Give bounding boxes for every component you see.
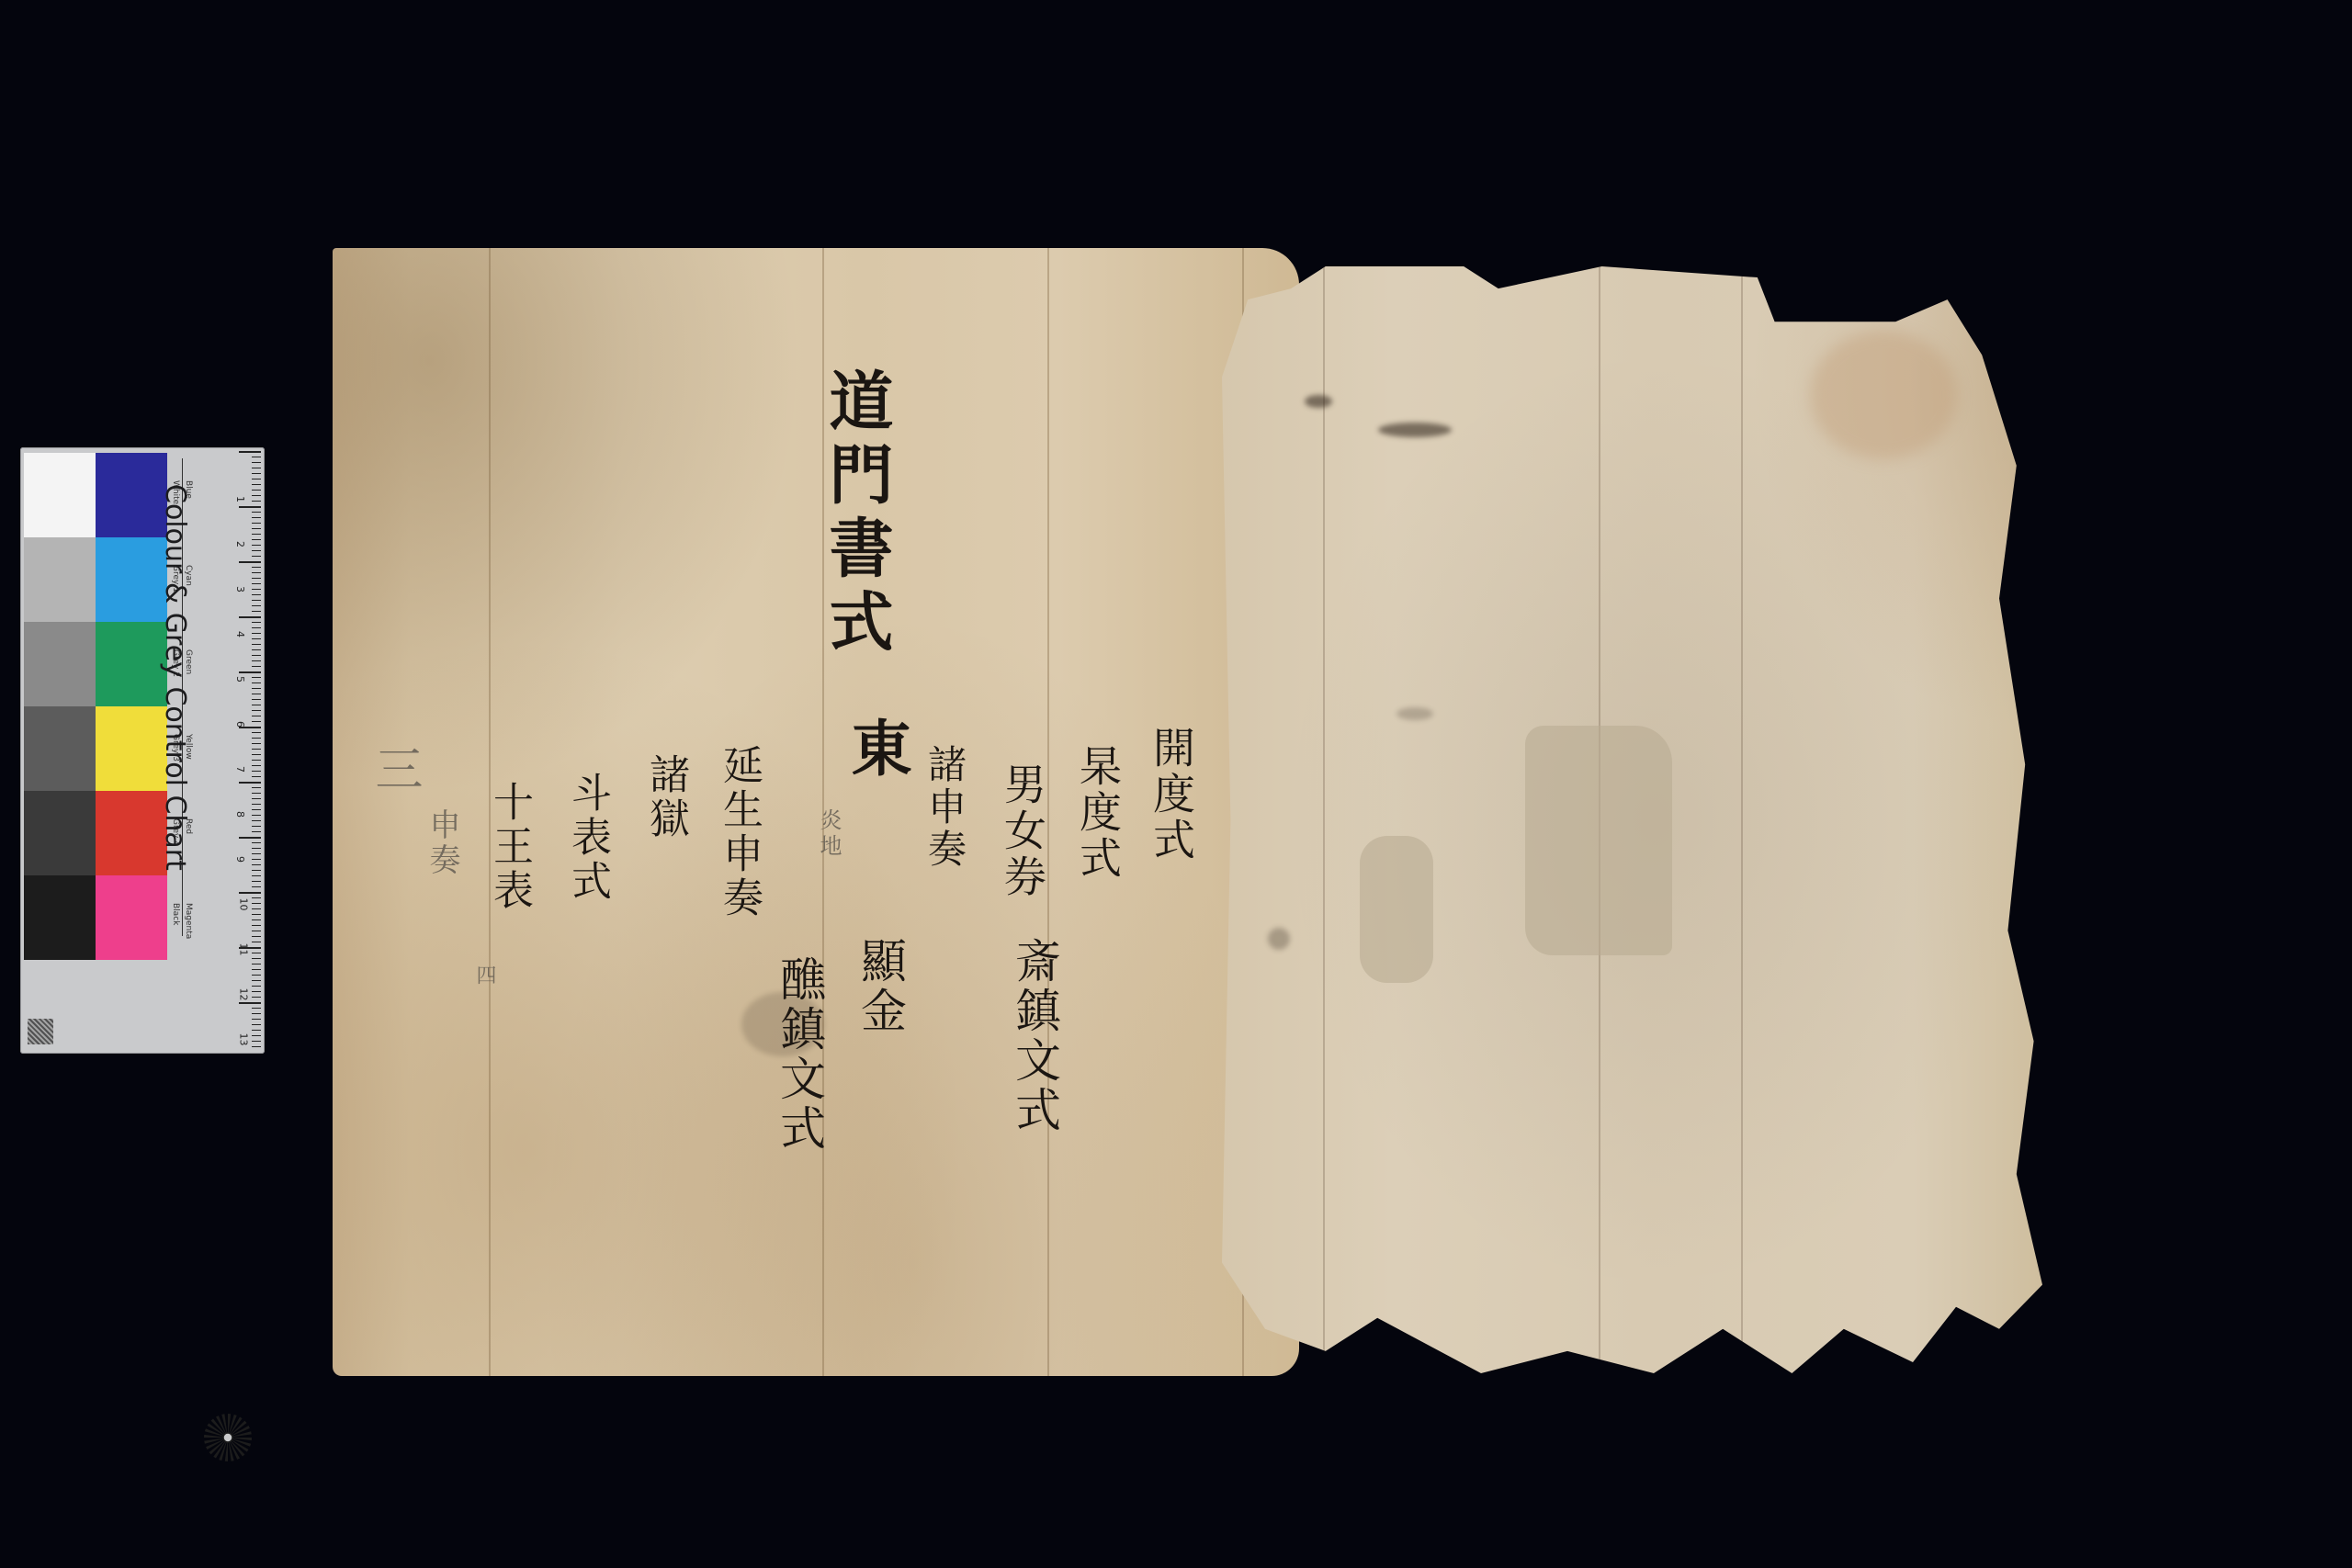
ruler-number: 5 — [234, 676, 246, 682]
column-to: 東 — [833, 716, 921, 781]
chart-title: Colour & Grey Control Chart — [158, 484, 191, 1035]
ink-smudge — [1268, 928, 1290, 950]
ruler-number: 13 — [238, 1033, 250, 1046]
ink-smudge — [1305, 395, 1332, 408]
margin-text-shi: 四 — [470, 964, 499, 988]
ink-stain — [741, 992, 824, 1056]
column-ensei-shinso: 延生申奏 — [709, 744, 768, 920]
ink-smudge — [1396, 707, 1433, 720]
ruler-number: 11 — [238, 943, 250, 956]
margin-text-san: 三 — [360, 744, 429, 795]
column-kodo-shiki: 杲度式 — [1068, 744, 1128, 882]
manuscript-right-page — [1222, 266, 2086, 1373]
grey-patch-grey-3 — [24, 706, 96, 791]
colour-patch-yellow — [96, 706, 167, 791]
column-kaido-shiki: 開度式 — [1141, 726, 1202, 863]
colour-grey-control-chart: WhiteBlueGrey 1CyanGrey 2GreenGrey 3Yell… — [20, 447, 265, 1054]
grey-patch-black — [24, 875, 96, 960]
grey-patch-grey-4 — [24, 791, 96, 875]
ruler-number: 2 — [234, 541, 246, 547]
colour-patch-green — [96, 622, 167, 706]
column-juo-hyo: 十王表 — [480, 781, 538, 913]
ruler-number: 12 — [238, 988, 250, 1001]
ruler-number: 1 — [234, 496, 246, 502]
ruler-number: 9 — [234, 856, 246, 863]
manuscript-title: 道門書式 — [810, 367, 903, 661]
ink-smudge — [1378, 423, 1452, 437]
grey-patch-grey-2 — [24, 622, 96, 706]
manuscript-left-page: 道門書式 開度式 杲度式 男女券 斎鎮文式 諸申奏 東 炎地 顯金 醮鎮文式 延… — [333, 248, 1299, 1376]
ruler-number: 3 — [234, 586, 246, 592]
colour-patch-blue — [96, 453, 167, 537]
colour-patch-magenta — [96, 875, 167, 960]
column-sho-shinso: 諸申奏 — [917, 744, 972, 871]
column-tohyo-shiki: 斗表式 — [558, 772, 616, 904]
starburst-target-icon — [202, 1412, 254, 1463]
ruler-number: 10 — [238, 898, 250, 911]
column-to-annotation: 炎地 — [813, 808, 845, 860]
column-nannyo-ken: 男女券 — [992, 762, 1053, 900]
torn-hole — [1525, 726, 1672, 955]
column-shogoku: 諸獄𣲖 — [636, 753, 695, 886]
page-stain — [1810, 331, 1957, 459]
chart-qr-stamp — [28, 1019, 53, 1044]
torn-hole — [1360, 836, 1433, 983]
ruler-number: 8 — [234, 811, 246, 818]
ruler-number: 7 — [234, 766, 246, 773]
colour-patch-red — [96, 791, 167, 875]
margin-text-shinso: 申奏 — [420, 808, 465, 878]
column-kenkin: 顯金 — [847, 937, 913, 1036]
grey-patch-grey-1 — [24, 537, 96, 622]
ruler-number: 6 — [234, 721, 246, 728]
ruler-number: 4 — [234, 631, 246, 637]
grey-patch-white — [24, 453, 96, 537]
colour-patch-cyan — [96, 537, 167, 622]
column-saichin-bunshiki: 斎鎮文式 — [1001, 937, 1068, 1135]
